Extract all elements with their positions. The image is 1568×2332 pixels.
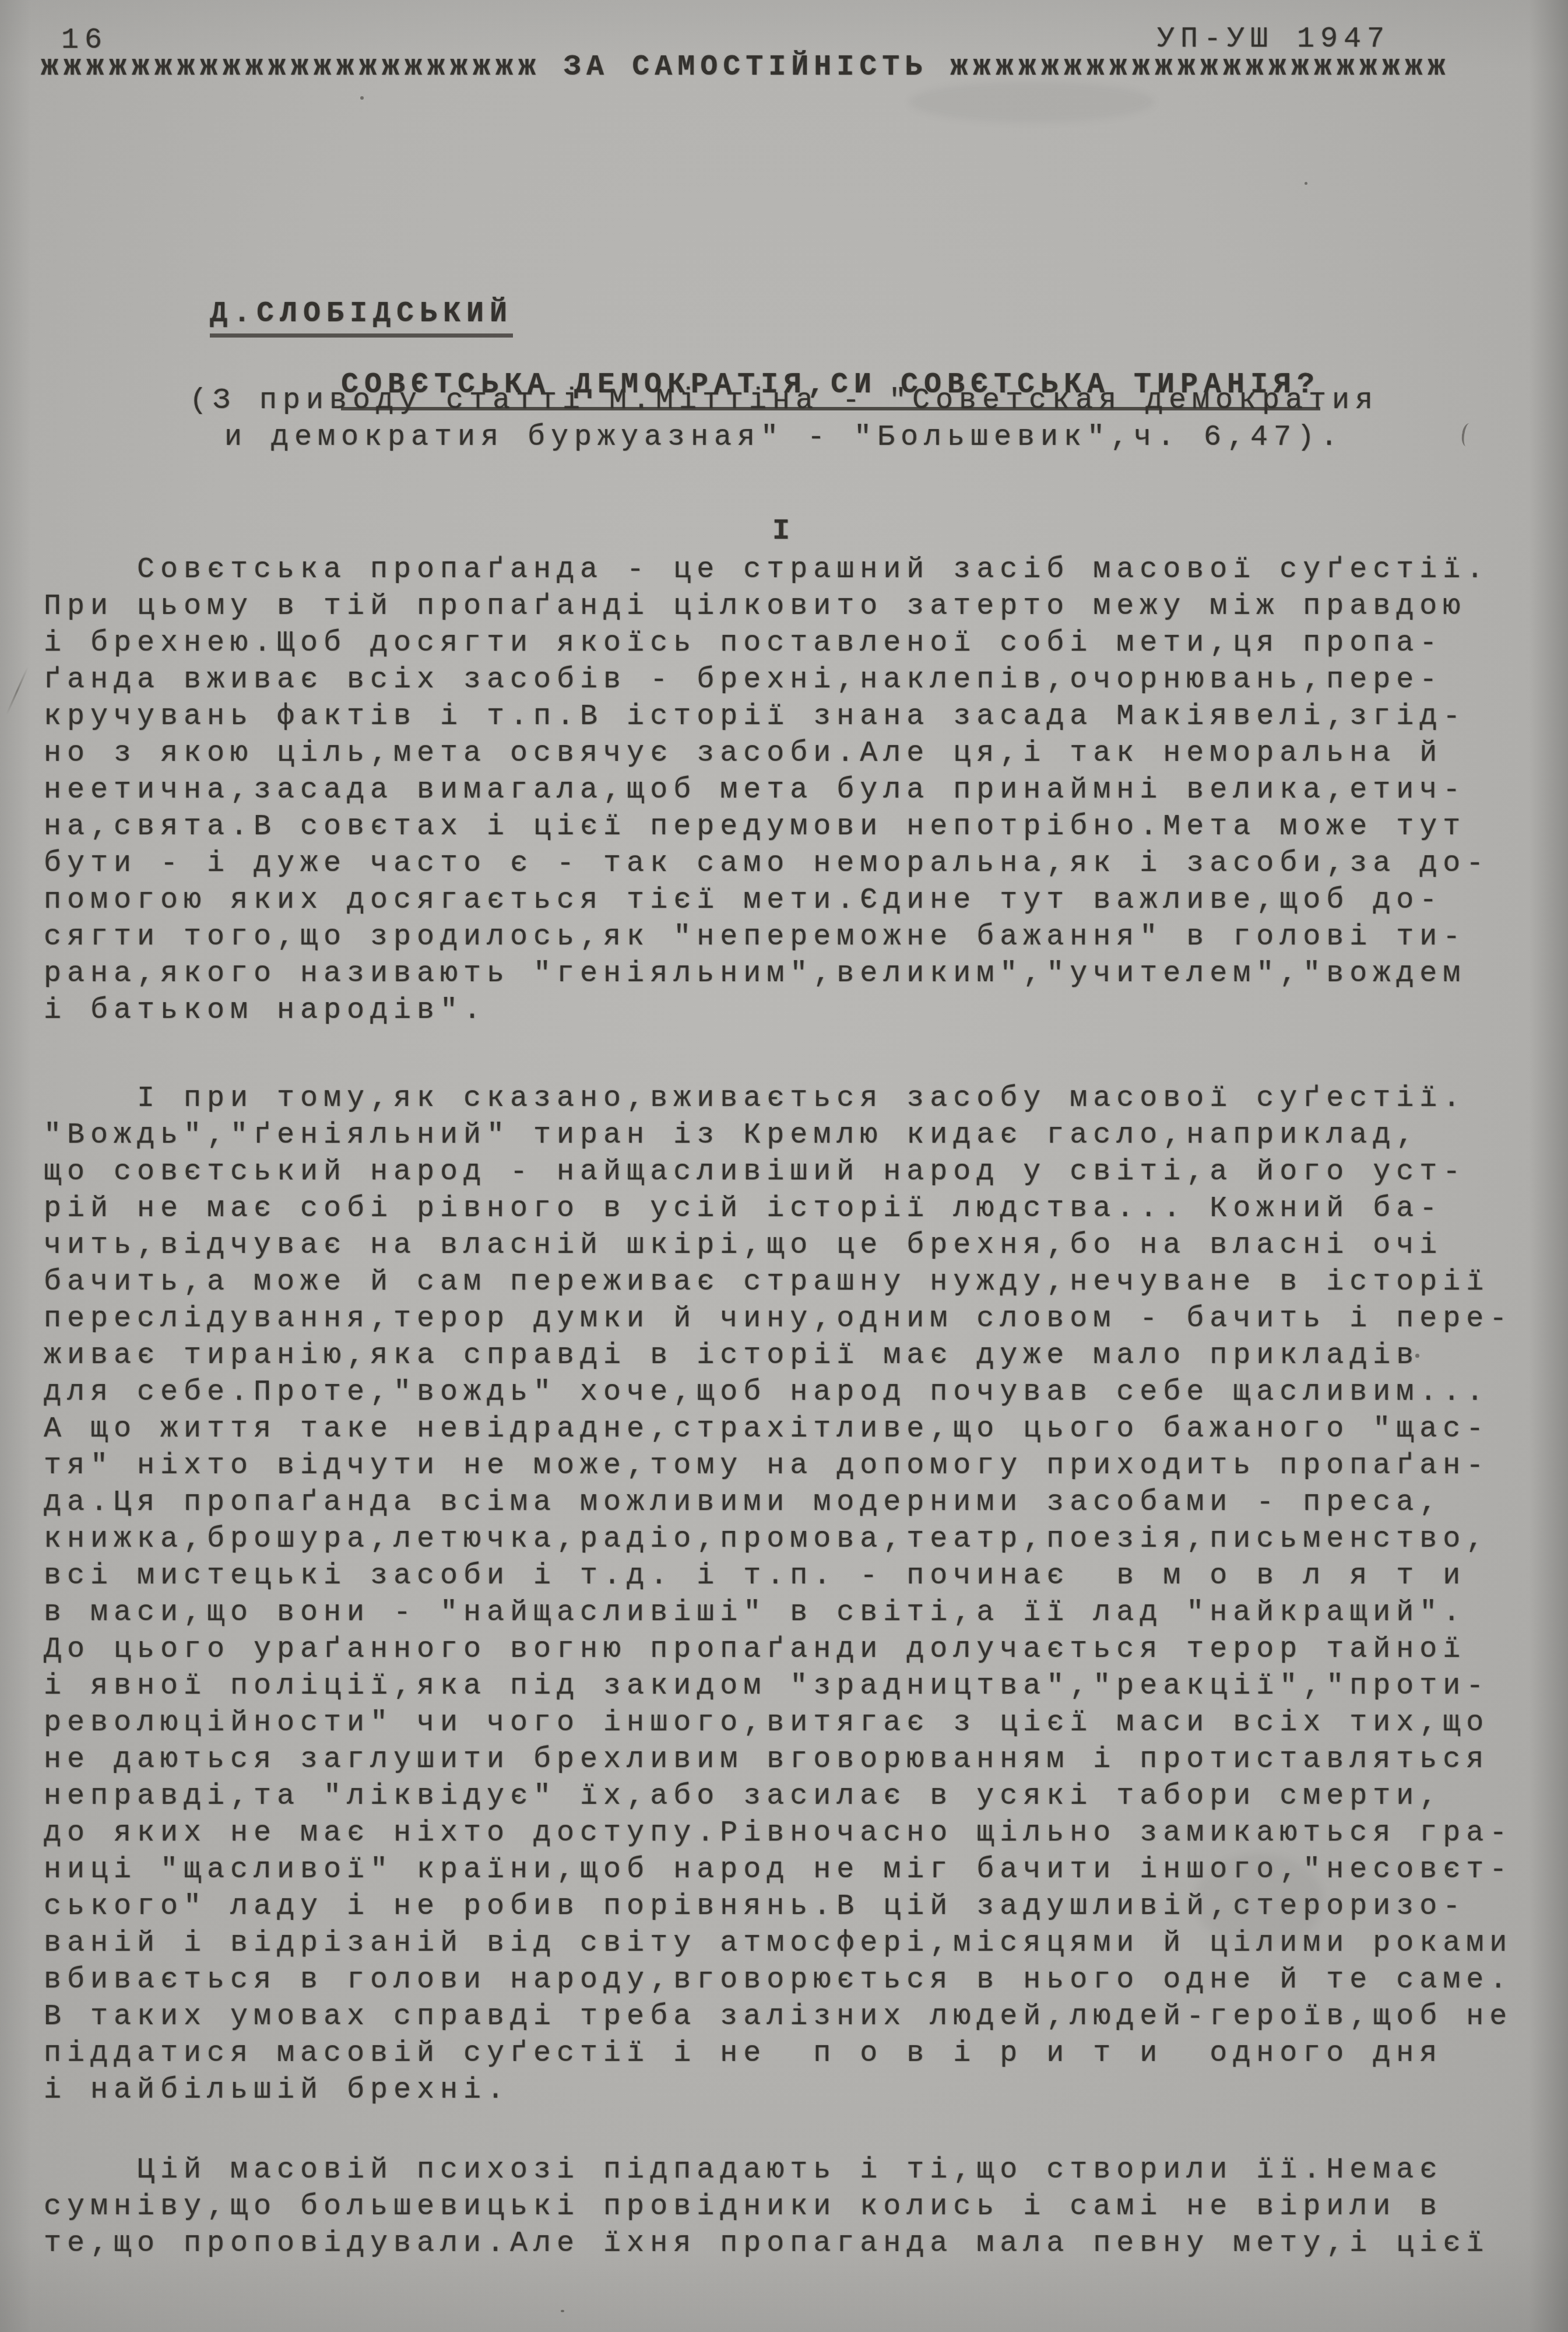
text-line: До цього ураґанного вогню пропаґанди дол… [44,1631,1513,1668]
text-line: неетична,засада вимагала,щоб мета була п… [44,772,1489,809]
scan-smudge [909,82,1154,122]
text-line: и демократия буржуазная" - "Большевик",ч… [0,419,1568,456]
text-line: сумніву,що большевицькі провідники колис… [44,2189,1489,2225]
text-line: бути - і дуже часто є - так само неморал… [44,845,1489,882]
text-line: При цьому в тій пропаґанді цілковито зат… [44,588,1489,625]
scan-artifact [1305,182,1307,185]
text-line: неправді,та "ліквідує" їх,або засилає в … [44,1778,1513,1815]
text-line: що совєтський народ - найщасливіший наро… [44,1154,1513,1190]
masthead-title: жжжжжжжжжжжжжжжжжжжжжж ЗА САМОСТІЙНІСТЬ … [41,49,1450,86]
text-line: тя" ніхто відчути не може,тому на допомо… [44,1448,1513,1484]
text-line: І при тому,як сказано,вживається засобу … [44,1080,1513,1117]
text-line: но з якою ціль,мета освячує засоби.Але ц… [44,735,1489,772]
text-line: бачить,а може й сам переживає страшну ну… [44,1264,1513,1301]
text-line: ваній і відрізаній від світу атмосфері,м… [44,1925,1513,1962]
text-line: А що життя таке невідрадне,страхітливе,щ… [44,1411,1513,1448]
text-line: сягти того,що зродилось,як "непереможне … [44,919,1489,956]
text-line: для себе.Проте,"вождь" хоче,щоб народ по… [44,1374,1513,1411]
scan-artifact [360,96,364,100]
text-line: вбивається в голови народу,вговорюється … [44,1962,1513,1999]
scanned-document-page: 16 УП-УШ 1947 жжжжжжжжжжжжжжжжжжжжжж ЗА … [0,0,1568,2332]
paragraph-3: Цій масовій психозі підпадають і ті,що с… [44,2152,1489,2262]
text-line: на,свята.В совєтах і цієї передумови неп… [44,809,1489,845]
text-line: переслідування,терор думки й чину,одним … [44,1301,1513,1337]
scan-artifact [6,666,29,715]
text-line: ниці "щасливої" країни,щоб народ не міг … [44,1852,1513,1888]
text-line: живає тиранію,яка справді в історії має … [44,1337,1513,1374]
article-subtitle: (З приводу статті М.Міттіна - "Советская… [0,382,1568,456]
text-line: і найбільшій брехні. [44,2072,1513,2109]
text-line: рана,якого називають "геніяльним",велики… [44,956,1489,992]
text-line: В таких умовах справді треба залізних лю… [44,1999,1513,2035]
text-line: Совєтська пропаґанда - це страшний засіб… [44,552,1489,588]
text-line: ського" ладу і не робив порівнянь.В цій … [44,1888,1513,1925]
text-line: чить,відчуває на власній шкірі,що це бре… [44,1227,1513,1264]
text-line: (З приводу статті М.Міттіна - "Советская… [0,382,1568,419]
text-line: всі мистецькі засоби і т.д. і т.п. - поч… [44,1558,1513,1595]
text-line: ґанда вживає всіх засобів - брехні,накле… [44,662,1489,698]
text-line: книжка,брошура,летючка,радіо,промова,теа… [44,1521,1513,1558]
text-line: "Вождь","ґеніяльний" тиран із Кремлю кид… [44,1117,1513,1154]
text-line: і батьком народів". [44,992,1489,1029]
paragraph-2: І при тому,як сказано,вживається засобу … [44,1080,1513,2109]
text-line: те,що проповідували.Але їхня пропаганда … [44,2225,1489,2262]
scan-artifact [561,2310,564,2312]
text-line: і явної поліції,яка під закидом "зрадниц… [44,1668,1513,1705]
text-line: піддатися масовій суґестії і не п о в і … [44,2035,1513,2072]
text-line: кручувань фактів і т.п.В історії знана з… [44,698,1489,735]
text-line: до яких не має ніхто доступу.Рівночасно … [44,1815,1513,1852]
text-line: не даються заглушити брехливим вговорюва… [44,1741,1513,1778]
text-line: в маси,що вони - "найщасливіші" в світі,… [44,1595,1513,1631]
section-numeral: І [0,513,1568,550]
text-line: революційности" чи чого іншого,витягає з… [44,1705,1513,1741]
paragraph-1: Совєтська пропаґанда - це страшний засіб… [44,552,1489,1029]
text-line: і брехнею.Щоб досягти якоїсь поставленої… [44,625,1489,662]
text-line: да.Ця пропаґанда всіма можливими модерни… [44,1484,1513,1521]
text-line: Цій масовій психозі підпадають і ті,що с… [44,2152,1489,2189]
text-line: помогою яких досягається тієї мети.Єдине… [44,882,1489,919]
text-line: рій не має собі рівного в усій історії л… [44,1190,1513,1227]
